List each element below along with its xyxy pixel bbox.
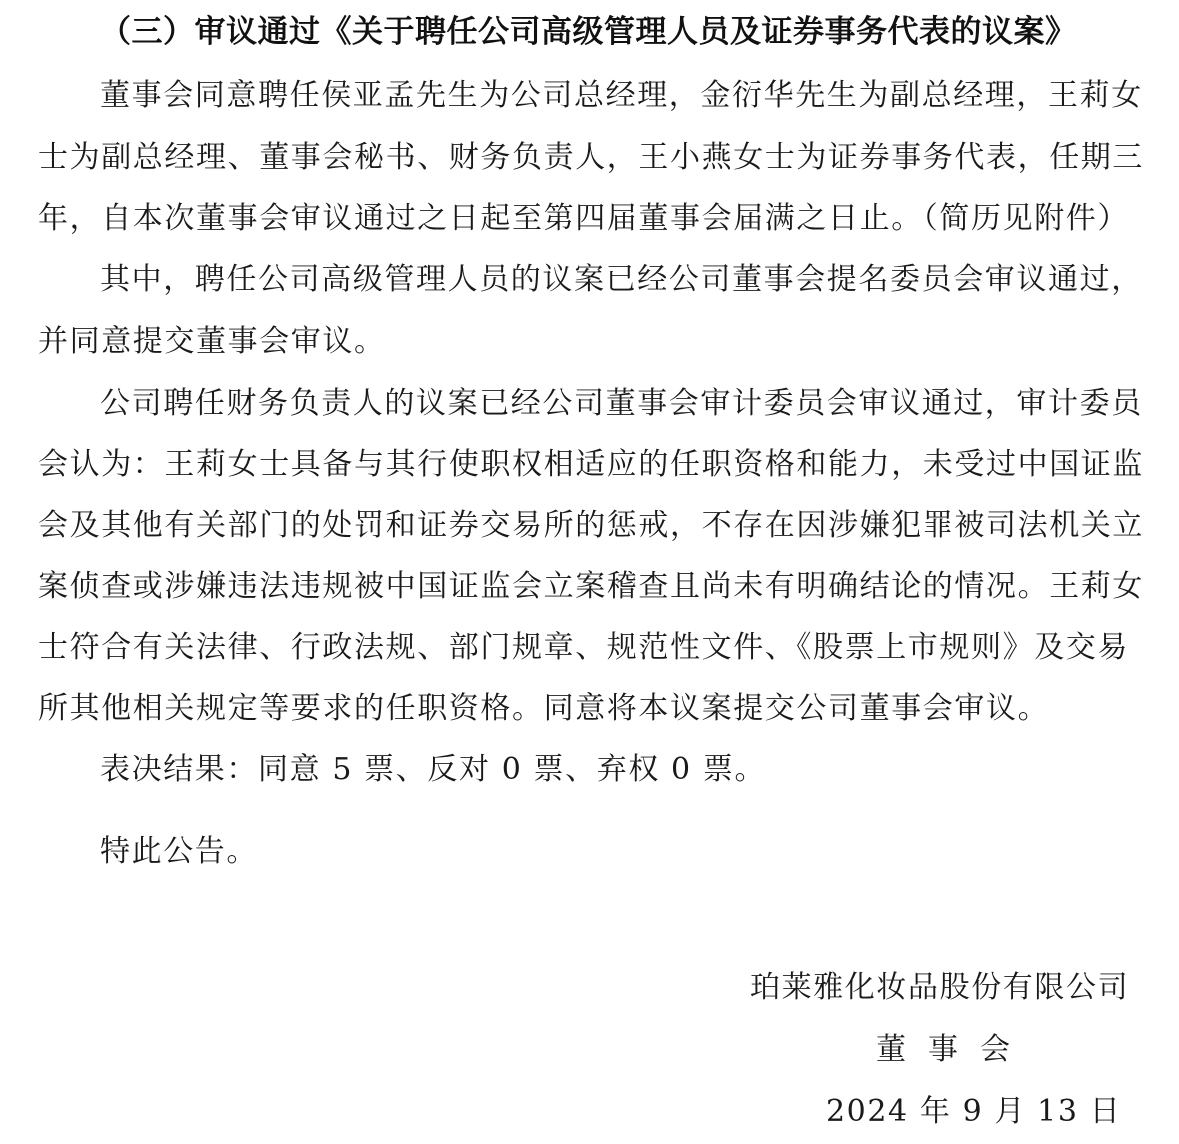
signature-company: 珀莱雅化妆品股份有限公司	[750, 968, 1129, 1008]
signature-date: 2024 年 9 月 13 日	[826, 1092, 1121, 1132]
paragraph-3-line-3: 会及其他有关部门的处罚和证券交易所的惩戒，不存在因涉嫌犯罪被司法机关立	[38, 506, 1128, 546]
paragraph-2-line-2: 并同意提交董事会审议。	[38, 322, 1128, 362]
paragraph-2-line-1: 其中，聘任公司高级管理人员的议案已经公司董事会提名委员会审议通过，	[100, 260, 1128, 300]
paragraph-3-line-4: 案侦查或涉嫌违法违规被中国证监会立案稽查且尚未有明确结论的情况。王莉女	[38, 567, 1128, 607]
vote-result: 表决结果：同意 5 票、反对 0 票、弃权 0 票。	[100, 750, 1128, 790]
closing-statement: 特此公告。	[100, 832, 1128, 872]
paragraph-3-line-1: 公司聘任财务负责人的议案已经公司董事会审计委员会审议通过，审计委员	[100, 384, 1128, 424]
paragraph-1-line-2: 士为副总经理、董事会秘书、财务负责人，王小燕女士为证券事务代表，任期三	[38, 138, 1128, 178]
paragraph-3-line-2: 会认为：王莉女士具备与其行使职权相适应的任职资格和能力，未受过中国证监	[38, 445, 1128, 485]
paragraph-3-line-5: 士符合有关法律、行政法规、部门规章、规范性文件、《股票上市规则》及交易	[38, 628, 1128, 668]
signature-board: 董事会	[876, 1030, 1032, 1070]
section-title: （三）审议通过《关于聘任公司高级管理人员及证券事务代表的议案》	[100, 12, 1077, 52]
paragraph-3-line-6: 所其他相关规定等要求的任职资格。同意将本议案提交公司董事会审议。	[38, 689, 1128, 729]
paragraph-1-line-1: 董事会同意聘任侯亚孟先生为公司总经理，金衍华先生为副总经理，王莉女	[100, 76, 1128, 116]
announcement-document: （三）审议通过《关于聘任公司高级管理人员及证券事务代表的议案》 董事会同意聘任侯…	[0, 0, 1179, 1144]
paragraph-1-line-3: 年，自本次董事会审议通过之日起至第四届董事会届满之日止。（简历见附件）	[38, 199, 1128, 239]
